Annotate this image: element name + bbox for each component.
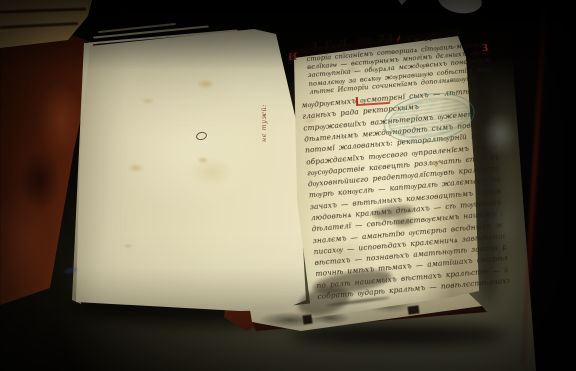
white-label-fragment: [395, 0, 409, 6]
book-shadow-bottom: [290, 324, 505, 346]
wood-seam: [0, 22, 78, 29]
white-label-crescent: [436, 0, 483, 16]
exhibit-number-label: 3: [482, 44, 489, 55]
title-tail-marks: ·· ~ гі: [403, 34, 433, 45]
margin-note: нє тужй:: [260, 92, 268, 142]
wood-seam: [0, 8, 86, 14]
page-edge-notch: [302, 314, 312, 324]
left-page-blue-smudge: [64, 267, 79, 275]
book-shadow-left: [70, 291, 311, 329]
left-page-ink-ring-mark: [195, 131, 208, 141]
title-red-flourish: ҂: [396, 34, 401, 45]
glass-reflection: [482, 112, 518, 156]
title-prefix: З. Г. Л.: [310, 38, 351, 52]
illuminated-initial: И: [288, 52, 298, 64]
glass-reflection: [488, 200, 520, 252]
manuscript-text-block: З. Г. Л. 73 ҂ ·· ~ гі сторїа спїсанїємъ …: [296, 25, 509, 303]
ink-blot: [355, 36, 374, 49]
title-number: 73: [376, 32, 394, 47]
case-edge-maroon-streak: [520, 10, 547, 365]
page-edge-notch: [407, 305, 419, 314]
museum-photo: З. Г. Л. 73 ҂ ·· ~ гі сторїа спїсанїємъ …: [0, 0, 576, 371]
